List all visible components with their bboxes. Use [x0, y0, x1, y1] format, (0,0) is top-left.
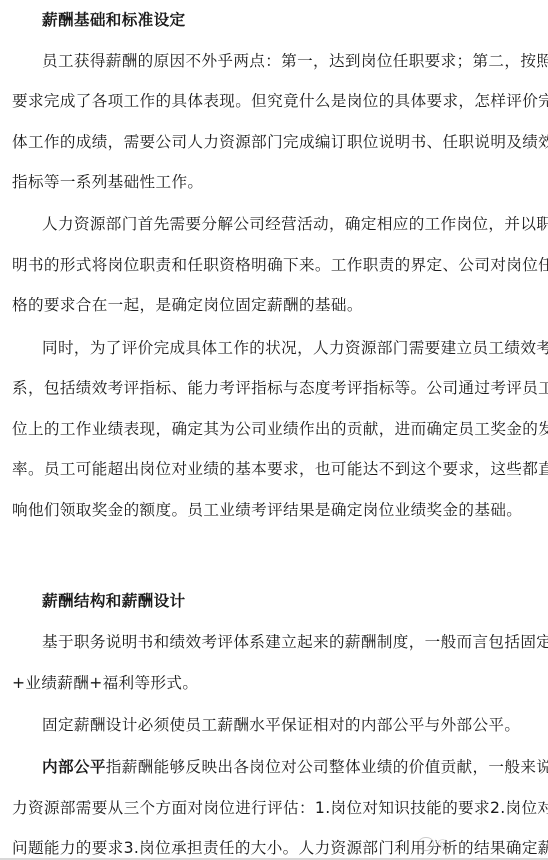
section-heading-compensation-basics: 薪酬基础和标准设定	[42, 10, 542, 30]
paragraph-line: +业绩薪酬+福利等形式。	[12, 673, 542, 693]
section-heading-compensation-structure: 薪酬结构和薪酬设计	[42, 591, 542, 611]
paragraph-line: 率。员工可能超出岗位对业绩的基本要求，也可能达不到这个要求，这些都直接影	[12, 459, 542, 479]
paragraph-line: 人力资源部门首先需要分解公司经营活动，确定相应的工作岗位，并以职位说	[42, 214, 542, 234]
paragraph-text: 指薪酬能够反映出各岗位对公司整体业绩的价值贡献，一般来说，人	[106, 758, 548, 776]
paragraph-line: 要求完成了各项工作的具体表现。但究竟什么是岗位的具体要求，怎样评价完成具	[12, 91, 542, 111]
paragraph-line: 格的要求合在一起，是确定岗位固定薪酬的基础。	[12, 295, 542, 315]
paragraph-line: 力资源部需要从三个方面对岗位进行评估：1.岗位对知识技能的要求2.岗位对解决	[12, 798, 542, 818]
paragraph-line: 问题能力的要求3.岗位承担责任的大小。人力资源部门利用分析的结果确定薪酬差	[12, 838, 542, 858]
paragraph-line: 基于职务说明书和绩效考评体系建立起来的薪酬制度，一般而言包括固定薪酬	[42, 632, 542, 652]
paragraph-line: 系，包括绩效考评指标、能力考评指标与态度考评指标等。公司通过考评员工在岗	[12, 378, 542, 398]
paragraph-line: 体工作的成绩，需要公司人力资源部门完成编订职位说明书、任职说明及绩效考评	[12, 132, 542, 152]
paragraph-line: 位上的工作业绩表现，确定其为公司业绩作出的贡献，进而确定员工奖金的发放比	[12, 419, 542, 439]
paragraph-line: 同时，为了评价完成具体工作的状况，人力资源部门需要建立员工绩效考评体	[42, 338, 542, 358]
paragraph-line: 固定薪酬设计必须使员工薪酬水平保证相对的内部公平与外部公平。	[42, 715, 542, 735]
bold-term-internal-fairness: 内部公平	[42, 758, 106, 776]
paragraph-line: 响他们领取奖金的额度。员工业绩考评结果是确定岗位业绩奖金的基础。	[12, 500, 542, 520]
paragraph-line: 指标等一系列基础性工作。	[12, 172, 542, 192]
paragraph-line: 内部公平指薪酬能够反映出各岗位对公司整体业绩的价值贡献，一般来说，人	[42, 757, 542, 777]
paragraph-line: 明书的形式将岗位职责和任职资格明确下来。工作职责的界定、公司对岗位任职资	[12, 255, 542, 275]
paragraph-line: 员工获得薪酬的原因不外乎两点：第一，达到岗位任职要求；第二，按照岗位	[42, 51, 542, 71]
